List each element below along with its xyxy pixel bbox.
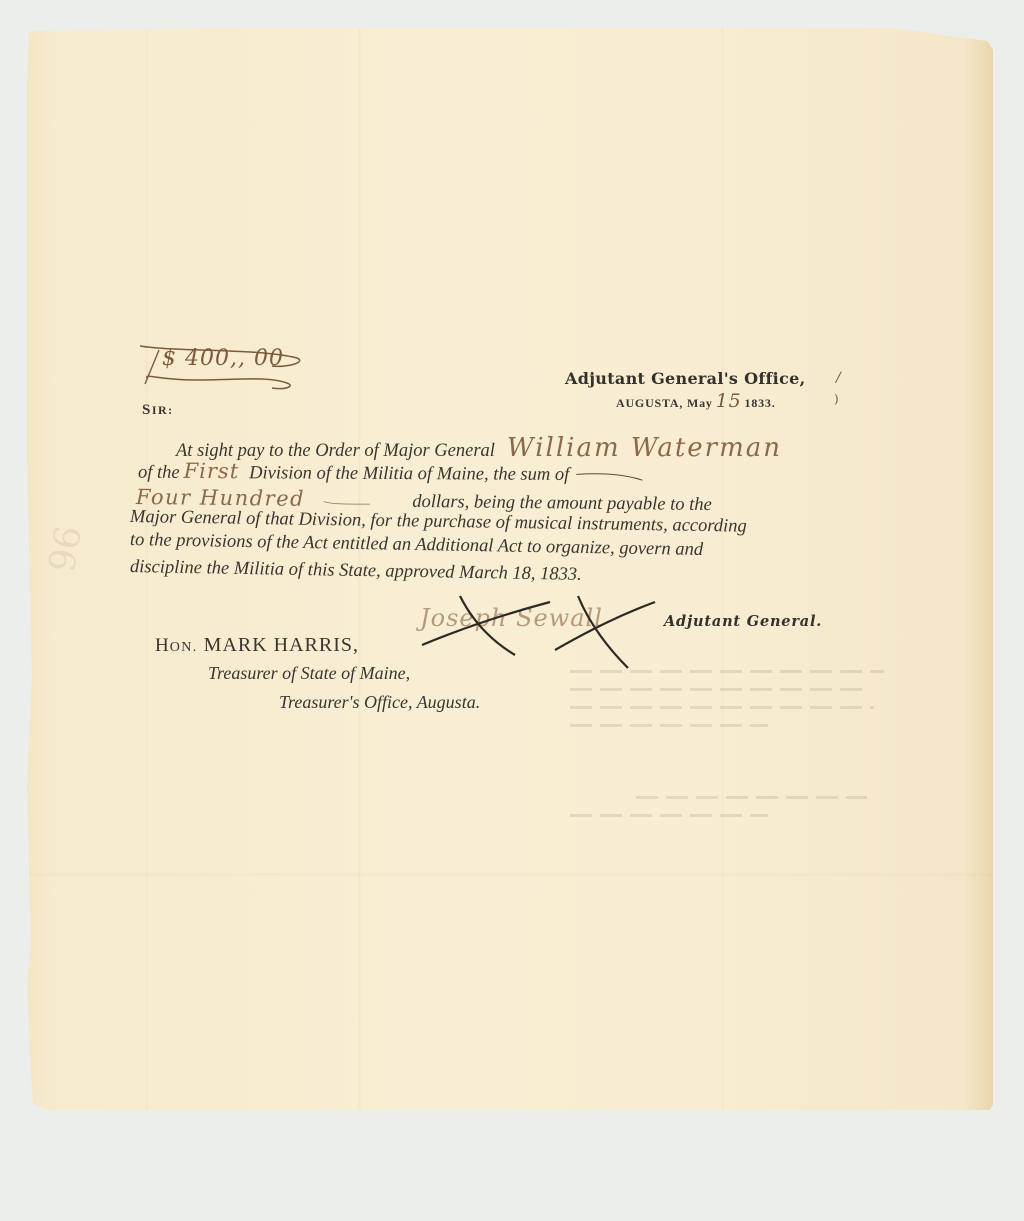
- addressee-title: Treasurer of State of Maine,: [208, 663, 410, 684]
- place: AUGUSTA,: [616, 396, 683, 410]
- amount-handwritten: $ 400,, 00: [162, 346, 284, 371]
- signature-cancelled: Joseph Sewall: [410, 590, 660, 670]
- signatory-title: Adjutant General.: [664, 613, 822, 630]
- salutation-rest: IR:: [152, 403, 174, 417]
- addressee-office: Treasurer's Office, Augusta.: [279, 692, 480, 713]
- salutation: SIR:: [142, 402, 174, 419]
- margin-tick-2: ): [834, 392, 839, 406]
- scan-background: 96 $ 400,, 00 Adjutant General's Office,…: [0, 0, 1024, 1221]
- bleed-through-text: [570, 670, 900, 870]
- faint-margin-mark: 96: [39, 522, 87, 574]
- line2-print-b: Division of the Militia of Maine, the su…: [249, 463, 569, 485]
- salutation-initial: S: [142, 402, 152, 418]
- office-header: Adjutant General's Office,: [565, 369, 805, 388]
- honorific-rest: ON.: [170, 640, 198, 655]
- month: May: [687, 396, 713, 410]
- day-handwritten: 15: [716, 390, 742, 412]
- margin-tick: /: [836, 370, 841, 386]
- place-date-line: AUGUSTA, May151833.: [616, 390, 776, 412]
- line2-print-a: of the: [138, 463, 180, 483]
- payee-handwritten: William Waterman: [507, 433, 782, 463]
- line1-print: At sight pay to the Order of Major Gener…: [176, 441, 495, 461]
- dash-flourish-icon: [574, 469, 644, 483]
- dash-flourish-icon: [322, 495, 372, 510]
- division-handwritten: First: [184, 459, 240, 483]
- treasurer-name: MARK HARRIS,: [204, 634, 359, 656]
- honorific-initial: H: [155, 635, 170, 656]
- cancel-cross-icon: [410, 590, 660, 670]
- year: 1833.: [745, 396, 776, 410]
- addressee-name: HON.MARK HARRIS,: [155, 634, 359, 657]
- body-line-2: of theFirstDivision of the Militia of Ma…: [138, 459, 644, 487]
